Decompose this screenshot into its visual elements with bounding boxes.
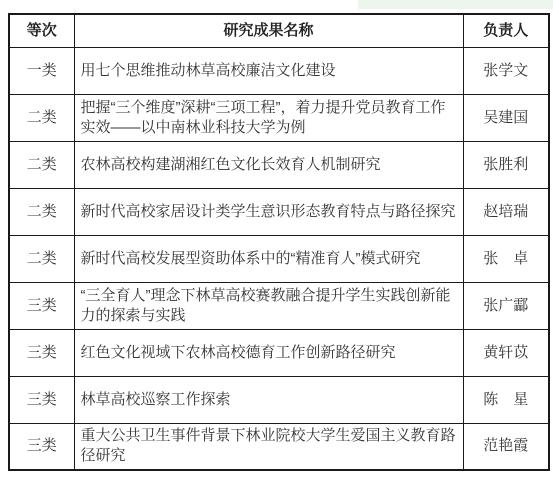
title-cell: 新时代高校家居设计类学生意识形态教育特点与路径探究: [74, 188, 463, 235]
person-cell: 范艳霞: [463, 423, 549, 470]
grade-cell: 二类: [9, 188, 74, 235]
grade-cell: 三类: [9, 423, 74, 470]
person-cell: 张学文: [463, 47, 549, 94]
title-cell: 新时代高校发展型资助体系中的“精准育人”模式研究: [74, 235, 463, 282]
title-cell: “三全育人”理念下林草高校赛教融合提升学生实践创新能力的探索与实践: [74, 282, 463, 329]
title-cell: 农林高校构建湖湘红色文化长效育人机制研究: [74, 141, 463, 188]
person-cell: 张广酃: [463, 282, 549, 329]
table-row: 二类 农林高校构建湖湘红色文化长效育人机制研究 张胜利: [9, 141, 549, 188]
table-row: 一类 用七个思维推动林草高校廉洁文化建设 张学文: [9, 47, 549, 94]
person-cell: 张 卓: [463, 235, 549, 282]
table-row: 三类 重大公共卫生事件背景下林业院校大学生爱国主义教育路径研究 范艳霞: [9, 423, 549, 470]
column-header-grade: 等次: [9, 14, 74, 47]
table-row: 三类 林草高校巡察工作探索 陈 星: [9, 376, 549, 423]
person-cell: 吴建国: [463, 94, 549, 141]
grade-cell: 二类: [9, 235, 74, 282]
grade-cell: 一类: [9, 47, 74, 94]
page-background: 等次 研究成果名称 负责人 一类 用七个思维推动林草高校廉洁文化建设 张学文 二…: [0, 0, 553, 490]
grade-cell: 二类: [9, 94, 74, 141]
person-cell: 陈 星: [463, 376, 549, 423]
top-highlight-strip: [358, 0, 553, 9]
grade-cell: 三类: [9, 376, 74, 423]
grade-cell: 三类: [9, 282, 74, 329]
person-cell: 张胜利: [463, 141, 549, 188]
table-row: 二类 把握“三个维度”深耕“三项工程”，着力提升党员教育工作实效——以中南林业科…: [9, 94, 549, 141]
header-row: 等次 研究成果名称 负责人: [9, 14, 549, 47]
column-header-title: 研究成果名称: [74, 14, 463, 47]
title-cell: 把握“三个维度”深耕“三项工程”，着力提升党员教育工作实效——以中南林业科技大学…: [74, 94, 463, 141]
title-cell: 重大公共卫生事件背景下林业院校大学生爱国主义教育路径研究: [74, 423, 463, 470]
column-header-person: 负责人: [463, 14, 549, 47]
table-row: 二类 新时代高校家居设计类学生意识形态教育特点与路径探究 赵培瑞: [9, 188, 549, 235]
person-cell: 黄轩苡: [463, 329, 549, 376]
person-cell: 赵培瑞: [463, 188, 549, 235]
research-results-table: 等次 研究成果名称 负责人 一类 用七个思维推动林草高校廉洁文化建设 张学文 二…: [8, 13, 550, 471]
grade-cell: 三类: [9, 329, 74, 376]
title-cell: 用七个思维推动林草高校廉洁文化建设: [74, 47, 463, 94]
table-row: 三类 红色文化视域下农林高校德育工作创新路径研究 黄轩苡: [9, 329, 549, 376]
title-cell: 林草高校巡察工作探索: [74, 376, 463, 423]
title-cell: 红色文化视域下农林高校德育工作创新路径研究: [74, 329, 463, 376]
table-row: 二类 新时代高校发展型资助体系中的“精准育人”模式研究 张 卓: [9, 235, 549, 282]
table-row: 三类 “三全育人”理念下林草高校赛教融合提升学生实践创新能力的探索与实践 张广酃: [9, 282, 549, 329]
grade-cell: 二类: [9, 141, 74, 188]
